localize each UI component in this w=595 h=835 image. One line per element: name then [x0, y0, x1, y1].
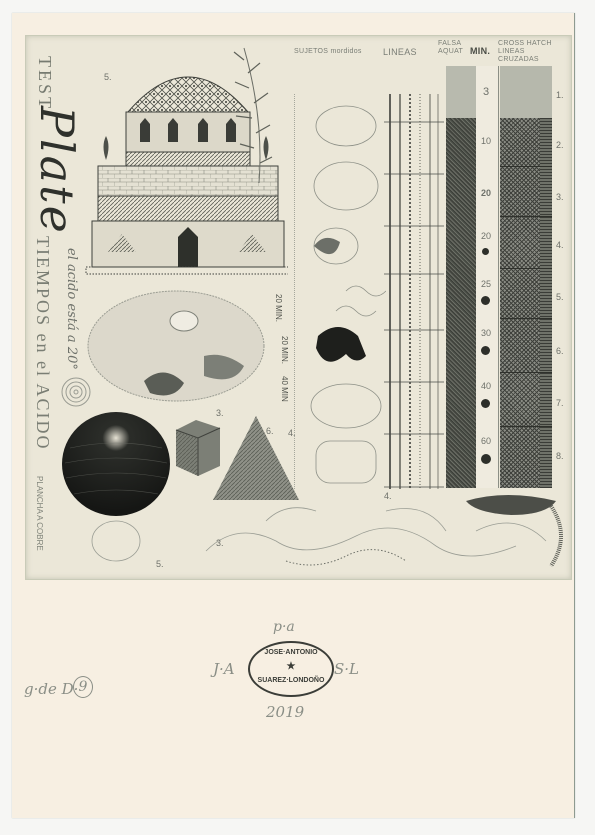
crosshatch-step: 1. — [556, 90, 564, 100]
subjects-header: SUJETOS mordidos — [294, 48, 362, 55]
minute-value: 40 — [481, 381, 491, 391]
plancha-text: PLANCHA A COBRE — [35, 476, 44, 551]
plate-word: Plate — [30, 106, 84, 235]
crosshatch-step: 4. — [556, 240, 564, 250]
acid-dot — [481, 346, 490, 355]
shape-number-label: 5. — [104, 72, 112, 82]
minute-value: 3 — [483, 86, 489, 98]
test-word: TEST — [34, 56, 55, 111]
acid-dot — [481, 454, 491, 464]
acid-dot — [482, 248, 489, 255]
aquatint-dark-column — [446, 118, 476, 488]
crosshatch-step: 6. — [556, 346, 564, 356]
minute-value: 20 — [481, 188, 491, 198]
lines-test-column — [384, 94, 444, 494]
etching-plate: TEST Plate TIEMPOS en el ACIDO PLANCHA A… — [25, 35, 572, 580]
sculpted-head-drawing — [84, 286, 269, 421]
time-label: 40 MIN — [280, 376, 289, 402]
aquatint-light-step — [446, 66, 476, 118]
crosshatch-step: 5. — [556, 292, 564, 302]
tiempos-text: TIEMPOS en el ACIDO — [32, 236, 53, 451]
crosshatch-step: 7. — [556, 398, 564, 408]
minute-value: 10 — [481, 136, 491, 146]
artist-stamp: JOSE·ANTONIO ★ SUAREZ·LONDOÑO — [248, 641, 334, 697]
crosshatch-edge-strip — [540, 118, 552, 488]
minutes-column: 3 10 20 20 25 30 40 60 — [476, 66, 499, 488]
minutes-header: MIN. — [470, 46, 490, 56]
shape-number-label: 5. — [156, 559, 164, 569]
shape-number-label: 3. — [216, 538, 224, 548]
stamp-bottom-text: SUAREZ·LONDOÑO — [250, 677, 332, 684]
time-label: 20 MIN. — [280, 336, 289, 364]
star-icon: ★ — [250, 661, 332, 672]
lines-header: LINEAS — [383, 47, 417, 57]
initials-left: J·A — [213, 660, 235, 678]
initials-right: S·L — [334, 660, 359, 678]
minute-value: 60 — [481, 436, 491, 446]
acid-note: el acido está a 20° — [64, 248, 79, 370]
crosshatch-step: 8. — [556, 451, 564, 461]
shape-number-label: 6. — [266, 426, 274, 436]
minute-value: 30 — [481, 328, 491, 338]
minute-value: 25 — [481, 279, 491, 289]
subject-figures — [306, 96, 386, 491]
false-aquatint-header: FALSA AQUAT — [438, 40, 474, 56]
time-label: 20 MIN. — [274, 294, 283, 322]
edition-mark: g·de D· — [24, 680, 78, 698]
year: 2019 — [266, 703, 304, 721]
edition-number: 9 — [73, 676, 93, 698]
minute-value: 20 — [481, 231, 491, 241]
stamp-top-text: JOSE·ANTONIO — [250, 649, 332, 656]
crosshatch-step: 2. — [556, 140, 564, 150]
acid-dot — [481, 296, 490, 305]
crosshatch-header: CROSS HATCH LINEAS CRUZADAS — [498, 40, 564, 64]
crosshatch-light-step — [500, 66, 552, 118]
crosshatch-step: 3. — [556, 192, 564, 202]
spiral-disc-drawing — [60, 376, 92, 408]
acid-dot — [481, 399, 490, 408]
olive-branch-drawing — [224, 38, 294, 188]
proof-mark: p·a — [273, 619, 295, 635]
